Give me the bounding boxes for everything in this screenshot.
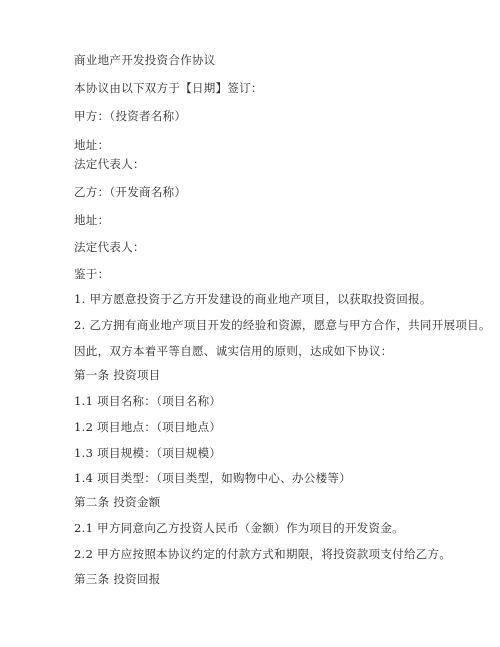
- party-b-representative: 法定代表人：: [74, 240, 145, 254]
- clause-1-1: 1.1 项目名称：（项目名称）: [74, 394, 221, 408]
- intro-line: 本协议由以下双方于【日期】签订：: [74, 81, 263, 95]
- clause-1-2: 1.2 项目地点：（项目地点）: [74, 420, 221, 434]
- party-b-name: 乙方：（开发商名称）: [74, 185, 186, 199]
- party-a-representative: 法定代表人：: [74, 157, 145, 171]
- party-a-address: 地址：: [74, 138, 109, 152]
- article-2-heading: 第二条 投资金额: [74, 495, 161, 509]
- article-3-heading: 第三条 投资回报: [74, 572, 161, 586]
- clause-2-2: 2.2 甲方应按照本协议约定的付款方式和期限，将投资款项支付给乙方。: [74, 547, 451, 561]
- whereas-item-2: 2. 乙方拥有商业地产项目开发的经验和资源，愿意与甲方合作，共同开展项目。: [74, 318, 491, 332]
- whereas-heading: 鉴于：: [74, 267, 109, 281]
- document-title: 商业地产开发投资合作协议: [74, 53, 216, 67]
- article-1-heading: 第一条 投资项目: [74, 368, 161, 382]
- clause-1-4: 1.4 项目类型：（项目类型，如购物中心、办公楼等）: [74, 471, 351, 485]
- whereas-item-1: 1. 甲方愿意投资于乙方开发建设的商业地产项目，以获取投资回报。: [74, 292, 432, 306]
- party-a-name: 甲方：（投资者名称）: [74, 109, 186, 123]
- clause-2-1: 2.1 甲方同意向乙方投资人民币（金额）作为项目的开发资金。: [74, 521, 404, 535]
- document-page: 商业地产开发投资合作协议 本协议由以下双方于【日期】签订： 甲方：（投资者名称）…: [0, 0, 500, 647]
- agreement-statement: 因此，双方本着平等自愿、诚实信用的原则，达成如下协议：: [74, 344, 393, 358]
- party-b-address: 地址：: [74, 213, 109, 227]
- clause-1-3: 1.3 项目规模：（项目规模）: [74, 446, 221, 460]
